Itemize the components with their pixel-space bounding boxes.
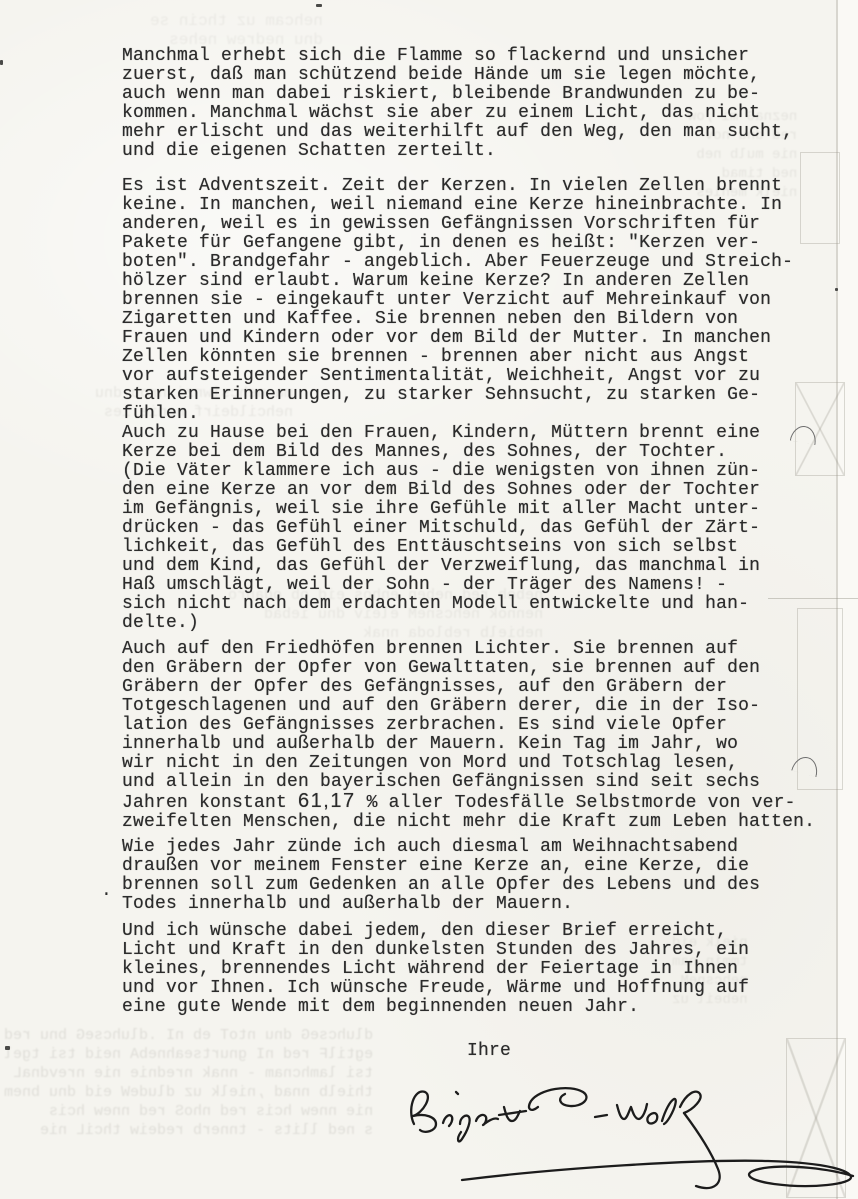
letter-line: Haß umschlägt, weil der Sohn - der Träge… xyxy=(122,576,760,595)
letter-line: kleines, brennendes Licht während der Fe… xyxy=(122,960,749,979)
letter-line: drücken - das Gefühl einer Mitschuld, da… xyxy=(122,519,760,538)
scan-speck xyxy=(316,4,322,7)
letter-line: im Gefängnis, weil sie ihre Gefühle mit … xyxy=(122,500,760,519)
letter-paragraph: Und ich wünsche dabei jedem, den dieser … xyxy=(122,922,749,1017)
letter-line: sich nicht nach dem erdachten Modell ent… xyxy=(122,595,760,614)
letter-line: Jahren konstant 61,17 % aller Todesfälle… xyxy=(122,792,815,813)
letter-line: starken Erinnerungen, zu starker Sehnsuc… xyxy=(122,386,793,405)
letter-line: und vor Ihnen. Ich wünsche Freude, Wärme… xyxy=(122,979,749,998)
letter-line: vor aufsteigender Sentimentalität, Weich… xyxy=(122,367,793,386)
handwritten-signature xyxy=(398,1076,858,1199)
letter-line: fühlen. xyxy=(122,405,793,424)
letter-line: Zellen könnten sie brennen - brennen abe… xyxy=(122,348,793,367)
letter-line: Gräbern der Opfer des Gefängnisses, auf … xyxy=(122,678,815,697)
scan-fold-line xyxy=(768,598,858,599)
letter-line: lation des Gefängnisses zerbrachen. Es s… xyxy=(122,716,815,735)
letter-line: den Gräbern der Opfer von Gewalttaten, s… xyxy=(122,659,815,678)
letter-line: innerhalb und außerhalb der Mauern. Kein… xyxy=(122,735,815,754)
letter-line: brennen soll zum Gedenken an alle Opfer … xyxy=(122,876,760,895)
letter-line: Manchmal erhebt sich die Flamme so flack… xyxy=(122,47,793,66)
letter-line: Kerze bei dem Bild des Mannes, des Sohne… xyxy=(122,443,760,462)
letter-paragraph: Es ist Adventszeit. Zeit der Kerzen. In … xyxy=(122,177,793,424)
closing-salutation: Ihre xyxy=(467,1041,511,1061)
letter-line: kommen. Manchmal wächst sie aber zu eine… xyxy=(122,104,793,123)
letter-line: und allein in den bayerischen Gefängniss… xyxy=(122,773,815,792)
letter-line: Auch auf den Friedhöfen brennen Lichter.… xyxy=(122,640,815,659)
letter-line: zuerst, daß man schützend beide Hände um… xyxy=(122,66,793,85)
scan-speck xyxy=(5,1046,10,1050)
letter-paragraph: Auch zu Hause bei den Frauen, Kindern, M… xyxy=(122,424,760,633)
letter-line: Es ist Adventszeit. Zeit der Kerzen. In … xyxy=(122,177,793,196)
letter-line: auch wenn man dabei riskiert, bleibende … xyxy=(122,85,793,104)
letter-paragraph: Auch auf den Friedhöfen brennen Lichter.… xyxy=(122,640,815,832)
letter-line: Frauen und Kindern oder vor dem Bild der… xyxy=(122,329,793,348)
letter-line: draußen vor meinem Fenster eine Kerze an… xyxy=(122,857,760,876)
letter-line: keine. In manchen, weil niemand eine Ker… xyxy=(122,196,793,215)
bleedthrough-stamp-box xyxy=(800,152,840,244)
letter-line: (Die Väter klammere ich aus - die wenigs… xyxy=(122,462,760,481)
bleedthrough-ghost-text: nehcam uz thcin sednu nedrew nehes xyxy=(150,12,323,50)
scan-speck xyxy=(0,60,3,65)
letter-line: Auch zu Hause bei den Frauen, Kindern, M… xyxy=(122,424,760,443)
letter-line: Todes innerhalb und außerhalb der Mauern… xyxy=(122,895,760,914)
letter-paragraph: Manchmal erhebt sich die Flamme so flack… xyxy=(122,47,793,161)
letter-line: Pakete für Gefangene gibt, in denen es h… xyxy=(122,234,793,253)
statistic-number: 61,17 xyxy=(298,790,356,812)
letter-paragraph: Wie jedes Jahr zünde ich auch diesmal am… xyxy=(122,838,760,914)
letter-line: Und ich wünsche dabei jedem, den dieser … xyxy=(122,922,749,941)
letter-line: boten". Brandgefahr - angeblich. Aber Fe… xyxy=(122,253,793,272)
letter-line: Totgeschlagenen und auf den Gräbern dere… xyxy=(122,697,815,716)
scan-edge-area xyxy=(838,0,858,1199)
letter-line: anderen, weil es in gewissen Gefängnisse… xyxy=(122,215,793,234)
letter-line: und dem Kind, das Gefühl der Verzweiflun… xyxy=(122,557,760,576)
letter-line: zweifelten Menschen, die nicht mehr die … xyxy=(122,813,815,832)
stray-period-mark: . xyxy=(101,881,112,901)
letter-line: und die eigenen Schatten zerteilt. xyxy=(122,142,793,161)
letter-line: Wie jedes Jahr zünde ich auch diesmal am… xyxy=(122,838,760,857)
letter-line: delte.) xyxy=(122,614,760,633)
letter-line: brennen sie - eingekauft unter Verzicht … xyxy=(122,291,793,310)
letter-line: lichkeit, das Gefühl des Enttäuschtseins… xyxy=(122,538,760,557)
scanned-letter-page: nehcam uz thcin sednu nedrew nehesneznaG… xyxy=(0,0,858,1199)
scan-speck xyxy=(835,288,838,291)
letter-line: Licht und Kraft in den dunkelsten Stunde… xyxy=(122,941,749,960)
letter-line: den eine Kerze an vor dem Bild des Sohne… xyxy=(122,481,760,500)
letter-line: mehr erlischt und das weiterhilft auf de… xyxy=(122,123,793,142)
letter-line: wir nicht in den Zeitungen von Mord und … xyxy=(122,754,815,773)
letter-line: hölzer sind erlaubt. Warum keine Kerze? … xyxy=(122,272,793,291)
bleedthrough-ghost-text: dluhcseG dnu ntoT eb nI .dluhcseG bnu re… xyxy=(4,1026,373,1140)
letter-line: Zigaretten und Kaffee. Sie brennen neben… xyxy=(122,310,793,329)
letter-line: eine gute Wende mit dem beginnenden neue… xyxy=(122,998,749,1017)
